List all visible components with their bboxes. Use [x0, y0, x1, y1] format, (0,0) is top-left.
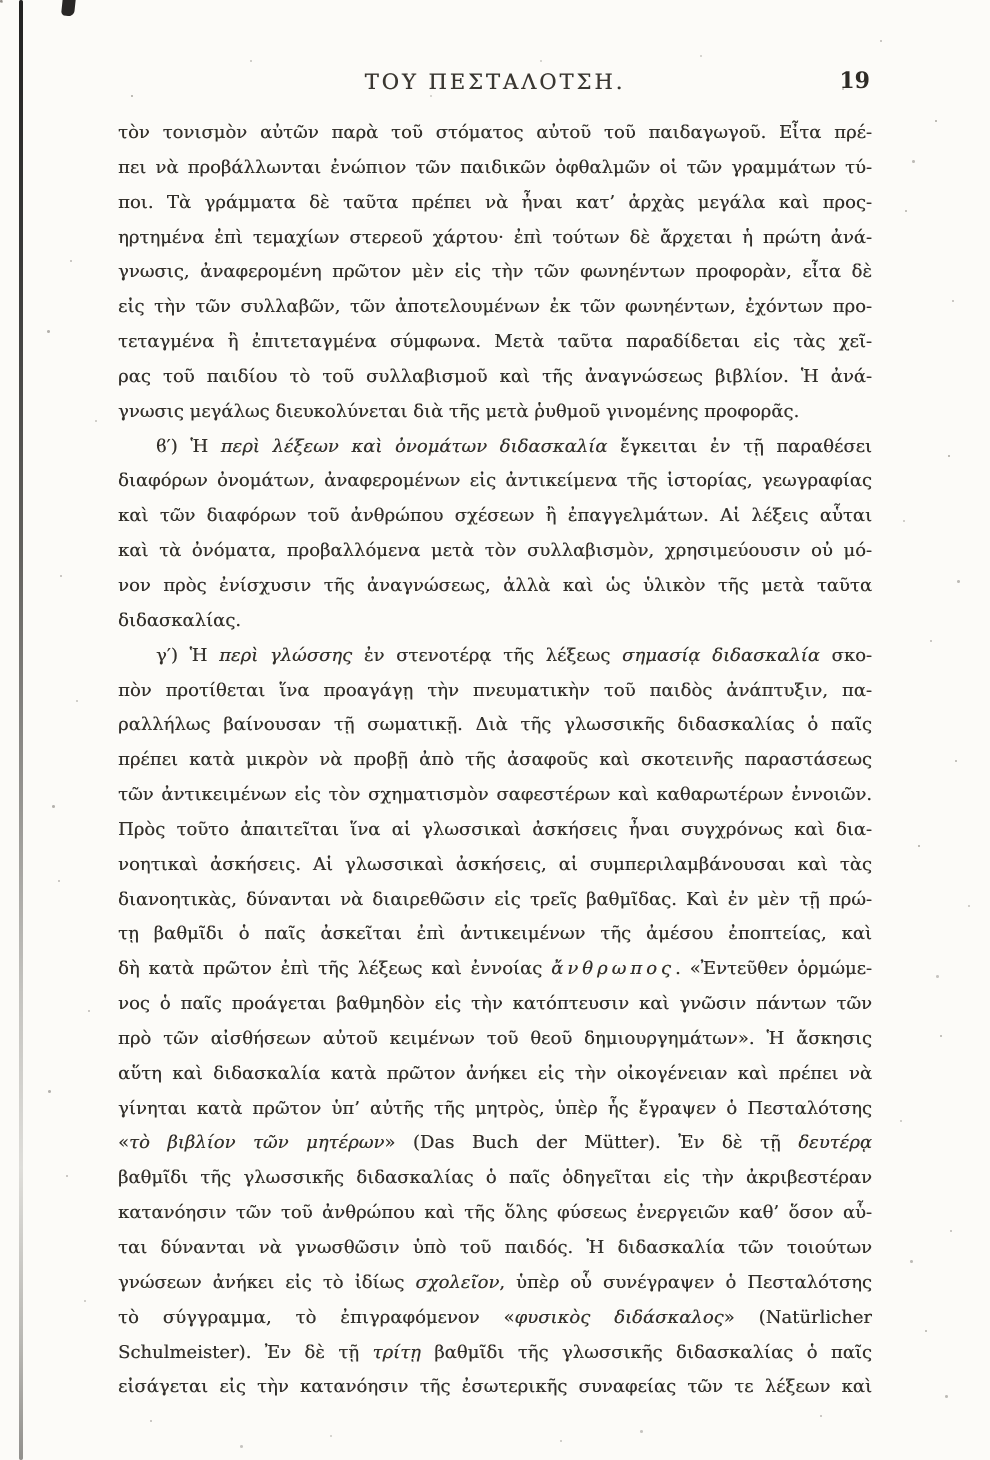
text-line: κατανόησιν τῶν τοῦ ἀνθρώπου καὶ τῆς ὅλης… — [118, 1196, 872, 1231]
text-segment: τὸν τονισμὸν αὐτῶν παρὰ τοῦ στόματος αὐτ… — [118, 122, 872, 143]
text-line: «τὸ βιβλίον τῶν μητέρων» (Das Buch der M… — [118, 1126, 872, 1161]
scan-corner-mark — [61, 0, 76, 17]
text-segment: τὸ σύγγραμμα, τὸ ἐπιγραφόμενον « — [118, 1307, 515, 1328]
text-line: γνωσις, ἀναφερομένη πρῶτον μὲν εἰς τὴν τ… — [118, 255, 872, 290]
text-segment: διανοητικὰς, δύνανται νὰ διαιρεθῶσιν εἰς… — [118, 889, 872, 910]
binding-shadow-artifact — [19, 0, 23, 1460]
text-line: πρὸ τῶν αἰσθήσεων αὐτοῦ κειμένων τοῦ θεο… — [118, 1022, 872, 1057]
text-segment: πὸν προτίθεται ἵνα προαγάγῃ τὴν πνευματι… — [118, 680, 872, 701]
text-line: τὸ σύγγραμμα, τὸ ἐπιγραφόμενον «φυσικὸς … — [118, 1301, 872, 1336]
text-segment: καὶ τῶν διαφόρων τοῦ ἀνθρώπου σχέσεων ἢ … — [118, 505, 872, 526]
text-segment: ρας τοῦ παιδίου τὸ τοῦ συλλαβισμοῦ καὶ τ… — [118, 366, 872, 387]
text-line: ρας τοῦ παιδίου τὸ τοῦ συλλαβισμοῦ καὶ τ… — [118, 360, 872, 395]
text-line: γνωσις μεγάλως διευκολύνεται διὰ τῆς μετ… — [118, 395, 872, 430]
text-line: ηρτημένα ἐπὶ τεμαχίων στερεοῦ χάρτου· ἐπ… — [118, 221, 872, 256]
text-line: δὴ κατὰ πρῶτον ἐπὶ τῆς λέξεως καὶ ἐννοία… — [118, 952, 872, 987]
text-line: ραλλήλως βαίνουσαν τῇ σωματικῇ. Διὰ τῆς … — [118, 708, 872, 743]
text-segment: εἰσάγεται εἰς τὴν κατανόησιν τῆς ἐσωτερι… — [118, 1376, 872, 1397]
text-line: τὸν τονισμὸν αὐτῶν παρὰ τοῦ στόματος αὐτ… — [118, 116, 872, 151]
text-segment: βαθμῖδι τῆς γλωσσικῆς διδασκαλίας ὁ παῖς… — [118, 1167, 872, 1188]
text-segment: πρέπει κατὰ μικρὸν νὰ προβῇ ἀπὸ τῆς ἀσαφ… — [118, 749, 872, 770]
text-segment: τεταγμένα ἢ ἐπιτεταγμένα σύμφωνα. Μετὰ τ… — [118, 331, 872, 352]
text-segment: διαφόρων ὀνομάτων, ἀναφερομένων εἰς ἀντι… — [118, 470, 872, 491]
text-segment: τῃ βαθμῖδι ὁ παῖς ἀσκεῖται ἐπὶ ἀντικειμέ… — [118, 923, 872, 944]
text-segment: διδασκαλίας. — [118, 610, 241, 631]
text-segment: φυσικὸς διδάσκαλος — [515, 1307, 724, 1328]
text-line: τῶν ἀντικειμένων εἰς τὸν σχηματισμὸν σαφ… — [118, 778, 872, 813]
text-line: Schulmeister). Ἐν δὲ τῇ τρίτῃ βαθμῖδι τῆ… — [118, 1336, 872, 1371]
text-segment: εἰς τὴν τῶν συλλαβῶν, τῶν ἀποτελουμένων … — [118, 296, 872, 317]
text-segment: ἄνθρωπος — [551, 958, 675, 979]
text-line: νος ὁ παῖς προάγεται βαθμηδὸν εἰς τὴν κα… — [118, 987, 872, 1022]
text-segment: πρὸ τῶν αἰσθήσεων αὐτοῦ κειμένων τοῦ θεο… — [118, 1028, 872, 1049]
text-line: αὕτη καὶ διδασκαλία κατὰ πρῶτον ἀνήκει ε… — [118, 1057, 872, 1092]
text-line: νον πρὸς ἐνίσχυσιν τῆς ἀναγνώσεως, ἀλλὰ … — [118, 569, 872, 604]
text-segment: » (Das Buch der Mütter). Ἐν δὲ τῇ — [384, 1132, 798, 1153]
scanned-book-page: ΤΟΥ ΠΕΣΤΑΛΟΤΣΗ. 19 τὸν τονισμὸν αὐτῶν πα… — [0, 0, 990, 1460]
text-segment: δευτέρᾳ — [798, 1132, 872, 1153]
scan-noise-speckles-large — [0, 0, 3, 3]
text-line: τῃ βαθμῖδι ὁ παῖς ἀσκεῖται ἐπὶ ἀντικειμέ… — [118, 917, 872, 952]
text-line: εἰσάγεται εἰς τὴν κατανόησιν τῆς ἐσωτερι… — [118, 1370, 872, 1405]
text-segment: Πρὸς τοῦτο ἀπαιτεῖται ἵνα αἱ γλωσσικαὶ ἀ… — [118, 819, 872, 840]
text-segment: « — [118, 1132, 129, 1153]
text-line: βαθμῖδι τῆς γλωσσικῆς διδασκαλίας ὁ παῖς… — [118, 1161, 872, 1196]
text-segment: τρίτῃ — [372, 1342, 420, 1363]
text-segment: γίνηται κατὰ πρῶτον ὑπ’ αὐτῆς τῆς μητρὸς… — [118, 1098, 872, 1119]
text-line: ϐ′) Ἡ περὶ λέξεων καὶ ὀνομάτων διδασκαλί… — [118, 430, 872, 465]
page-header: ΤΟΥ ΠΕΣΤΑΛΟΤΣΗ. 19 — [118, 70, 872, 104]
text-segment: ραλλήλως βαίνουσαν τῇ σωματικῇ. Διὰ τῆς … — [118, 714, 872, 735]
text-segment: αὕτη καὶ διδασκαλία κατὰ πρῶτον ἀνήκει ε… — [118, 1063, 872, 1084]
text-segment: καὶ τὰ ὀνόματα, προβαλλόμενα μετὰ τὸν συ… — [118, 540, 872, 561]
text-line: εἰς τὴν τῶν συλλαβῶν, τῶν ἀποτελουμένων … — [118, 290, 872, 325]
running-title: ΤΟΥ ΠΕΣΤΑΛΟΤΣΗ. — [118, 70, 872, 94]
text-line: πὸν προτίθεται ἵνα προαγάγῃ τὴν πνευματι… — [118, 674, 872, 709]
text-segment: γνωσις μεγάλως διευκολύνεται διὰ τῆς μετ… — [118, 401, 799, 422]
text-segment: πει νὰ προβάλλωνται ἐνώπιον τῶν παιδικῶν… — [118, 157, 872, 178]
text-segment: ϐ′) Ἡ — [156, 436, 221, 457]
text-segment: τῶν ἀντικειμένων εἰς τὸν σχηματισμὸν σαφ… — [118, 784, 872, 805]
text-line: πρέπει κατὰ μικρὸν νὰ προβῇ ἀπὸ τῆς ἀσαφ… — [118, 743, 872, 778]
text-segment: ἐν στενοτέρᾳ τῆς λέξεως — [352, 645, 622, 666]
text-segment: περὶ γλώσσης — [219, 645, 352, 666]
text-segment: ηρτημένα ἐπὶ τεμαχίων στερεοῦ χάρτου· ἐπ… — [118, 227, 872, 248]
text-segment: ποι. Τὰ γράμματα δὲ ταῦτα πρέπει νὰ ἦναι… — [118, 192, 872, 213]
text-line: ποι. Τὰ γράμματα δὲ ταῦτα πρέπει νὰ ἦναι… — [118, 186, 872, 221]
text-line: Πρὸς τοῦτο ἀπαιτεῖται ἵνα αἱ γλωσσικαὶ ἀ… — [118, 813, 872, 848]
text-line: πει νὰ προβάλλωνται ἐνώπιον τῶν παιδικῶν… — [118, 151, 872, 186]
text-segment: σχολεῖον — [415, 1272, 499, 1293]
text-segment: γνώσεων ἀνήκει εἰς τὸ ἰδίως — [118, 1272, 415, 1293]
text-segment: , ὑπὲρ οὗ συνέγραψεν ὁ Πεσταλότσης — [499, 1272, 872, 1293]
text-line: γ′) Ἡ περὶ γλώσσης ἐν στενοτέρᾳ τῆς λέξε… — [118, 639, 872, 674]
text-segment: γνωσις, ἀναφερομένη πρῶτον μὲν εἰς τὴν τ… — [118, 261, 872, 282]
text-segment: δὴ κατὰ πρῶτον ἐπὶ τῆς λέξεως καὶ ἐννοία… — [118, 958, 551, 979]
text-segment: ἔγκειται ἐν τῇ παραθέσει — [607, 436, 872, 457]
text-body: τὸν τονισμὸν αὐτῶν παρὰ τοῦ στόματος αὐτ… — [118, 116, 872, 1405]
text-segment: τὸ βιβλίον τῶν μητέρων — [129, 1132, 384, 1153]
text-segment: σκο- — [820, 645, 872, 666]
text-line: τεταγμένα ἢ ἐπιτεταγμένα σύμφωνα. Μετὰ τ… — [118, 325, 872, 360]
text-segment: γ′) Ἡ — [156, 645, 219, 666]
text-segment: κατανόησιν τῶν τοῦ ἀνθρώπου καὶ τῆς ὅλης… — [118, 1202, 872, 1223]
text-segment: βαθμῖδι τῆς γλωσσικῆς διδασκαλίας ὁ παῖς — [421, 1342, 872, 1363]
text-line: καὶ τῶν διαφόρων τοῦ ἀνθρώπου σχέσεων ἢ … — [118, 499, 872, 534]
text-line: διαφόρων ὀνομάτων, ἀναφερομένων εἰς ἀντι… — [118, 464, 872, 499]
text-segment: ται δύνανται νὰ γνωσθῶσιν ὑπὸ τοῦ παιδός… — [118, 1237, 872, 1258]
text-segment: Schulmeister). Ἐν δὲ τῇ — [118, 1342, 372, 1363]
text-line: διανοητικὰς, δύνανται νὰ διαιρεθῶσιν εἰς… — [118, 883, 872, 918]
text-line: νοητικαὶ ἀσκήσεις. Αἱ γλωσσικαὶ ἀσκήσεις… — [118, 848, 872, 883]
text-line: καὶ τὰ ὀνόματα, προβαλλόμενα μετὰ τὸν συ… — [118, 534, 872, 569]
text-segment: σημασίᾳ διδασκαλία — [622, 645, 820, 666]
text-line: διδασκαλίας. — [118, 604, 872, 639]
text-segment: νοητικαὶ ἀσκήσεις. Αἱ γλωσσικαὶ ἀσκήσεις… — [118, 854, 872, 875]
text-line: γίνηται κατὰ πρῶτον ὑπ’ αὐτῆς τῆς μητρὸς… — [118, 1092, 872, 1127]
text-line: ται δύνανται νὰ γνωσθῶσιν ὑπὸ τοῦ παιδός… — [118, 1231, 872, 1266]
text-segment: περὶ λέξεων καὶ ὀνομάτων διδασκαλία — [221, 436, 608, 457]
text-segment: νον πρὸς ἐνίσχυσιν τῆς ἀναγνώσεως, ἀλλὰ … — [118, 575, 872, 596]
text-segment: νος ὁ παῖς προάγεται βαθμηδὸν εἰς τὴν κα… — [118, 993, 872, 1014]
text-line: γνώσεων ἀνήκει εἰς τὸ ἰδίως σχολεῖον, ὑπ… — [118, 1266, 872, 1301]
page-number: 19 — [839, 68, 870, 94]
text-segment: » (Natürlicher — [724, 1307, 872, 1328]
text-segment: . «Ἐντεῦθεν ὁρμώμε- — [675, 958, 872, 979]
